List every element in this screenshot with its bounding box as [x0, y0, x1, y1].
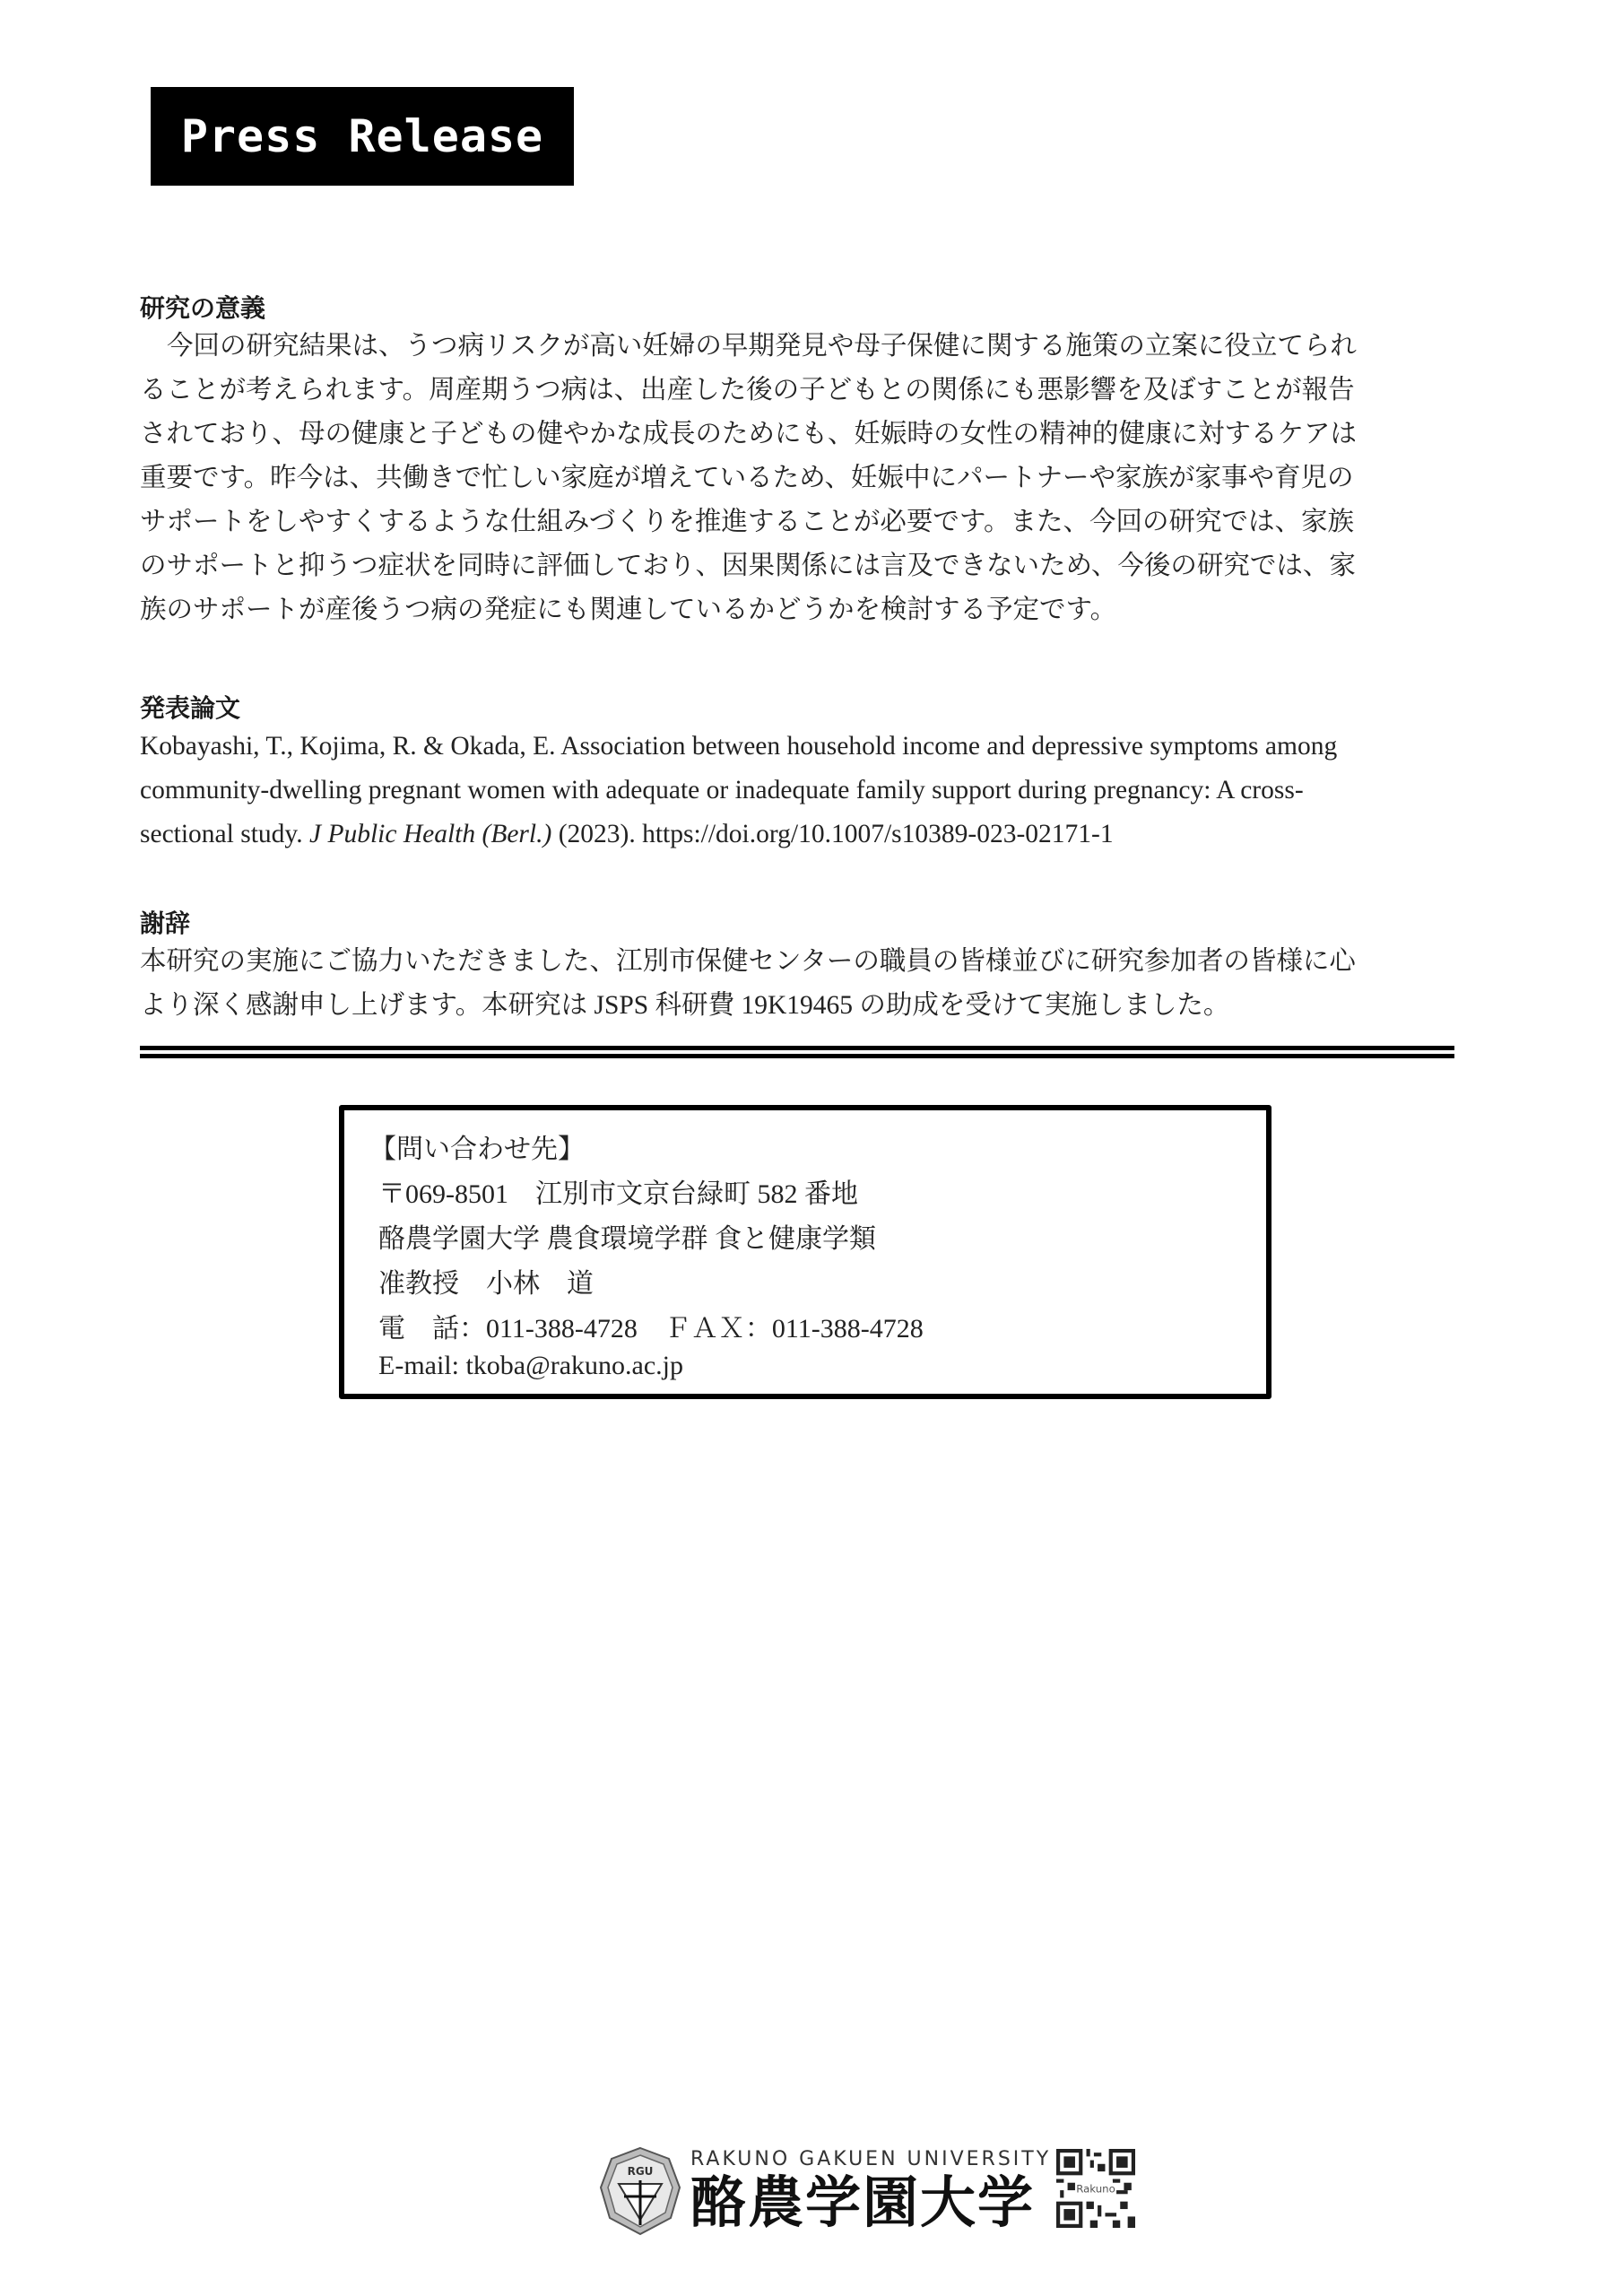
- svg-text:RGU: RGU: [628, 2165, 654, 2178]
- acknowledgements-line: より深く感謝申し上げます。本研究は JSPS 科研費 19K19465 の助成を…: [140, 984, 1467, 1028]
- university-name-en: RAKUNO GAKUEN UNIVERSITY: [690, 2148, 1051, 2171]
- doi-link[interactable]: (2023). https://doi.org/10.1007/s10389-0…: [551, 820, 1113, 848]
- contact-phone-fax: 電 話：011-388-4728 ＦＡＸ：011-388-4728: [378, 1306, 924, 1345]
- significance-line: 重要です。昨今は、共働きで忙しい家庭が増えているため、妊娠中にパートナーや家族が…: [140, 457, 1467, 500]
- acknowledgements-heading: 謝辞: [140, 904, 190, 940]
- citation-line: community-dwelling pregnant women with a…: [140, 769, 1467, 813]
- significance-line: されており、母の健康と子どもの健やかな成長のためにも、妊娠時の女性の精神的健康に…: [140, 413, 1467, 457]
- publication-heading: 発表論文: [140, 689, 240, 725]
- divider-bottom: [140, 1054, 1454, 1058]
- university-name-jp: 酪農学園大学: [690, 2171, 1051, 2234]
- citation-line: Kobayashi, T., Kojima, R. & Okada, E. As…: [140, 725, 1467, 769]
- significance-heading: 研究の意義: [140, 289, 265, 325]
- contact-box: 【問い合わせ先】 〒069-8501 江別市文京台緑町 582 番地 酪農学園大…: [339, 1105, 1271, 1399]
- significance-line: のサポートと抑うつ症状を同時に評価しており、因果関係には言及できないため、今後の…: [140, 544, 1467, 588]
- contact-address: 〒069-8501 江別市文京台緑町 582 番地: [378, 1171, 858, 1211]
- contact-heading: 【問い合わせ先】: [369, 1126, 585, 1166]
- divider-top: [140, 1046, 1454, 1050]
- journal-name: J Public Health (Berl.): [309, 820, 551, 848]
- qr-code-icon[interactable]: Rakuno: [1056, 2149, 1135, 2228]
- significance-line: サポートをしやすくするような仕組みづくりを推進することが必要です。また、今回の研…: [140, 500, 1467, 544]
- svg-text:Rakuno: Rakuno: [1076, 2183, 1115, 2196]
- acknowledgements-line: 本研究の実施にご協力いただきました、江別市保健センターの職員の皆様並びに研究参加…: [140, 940, 1467, 984]
- significance-body: 今回の研究結果は、うつ病リスクが高い妊婦の早期発見や母子保健に関する施策の立案に…: [140, 325, 1467, 632]
- banner-label: Press Release: [181, 110, 543, 162]
- acknowledgements-body: 本研究の実施にご協力いただきました、江別市保健センターの職員の皆様並びに研究参加…: [140, 940, 1467, 1028]
- significance-line: ることが考えられます。周産期うつ病は、出産した後の子どもとの関係にも悪影響を及ぼ…: [140, 369, 1467, 413]
- significance-line: 今回の研究結果は、うつ病リスクが高い妊婦の早期発見や母子保健に関する施策の立案に…: [140, 325, 1467, 369]
- significance-line: 族のサポートが産後うつ病の発症にも関連しているかどうかを検討する予定です。: [140, 588, 1467, 632]
- contact-person: 准教授 小林 道: [378, 1261, 594, 1300]
- university-logo: RGU RAKUNO GAKUEN UNIVERSITY 酪農学園大学: [599, 2142, 1051, 2240]
- publication-citation: Kobayashi, T., Kojima, R. & Okada, E. As…: [140, 725, 1467, 857]
- citation-line: sectional study. J Public Health (Berl.)…: [140, 813, 1467, 857]
- contact-email[interactable]: E-mail: tkoba@rakuno.ac.jp: [378, 1351, 683, 1381]
- contact-affiliation: 酪農学園大学 農食環境学群 食と健康学類: [378, 1216, 876, 1256]
- university-emblem-icon: RGU: [599, 2146, 681, 2236]
- citation-prefix: sectional study.: [140, 820, 309, 848]
- press-release-banner: Press Release: [151, 87, 574, 186]
